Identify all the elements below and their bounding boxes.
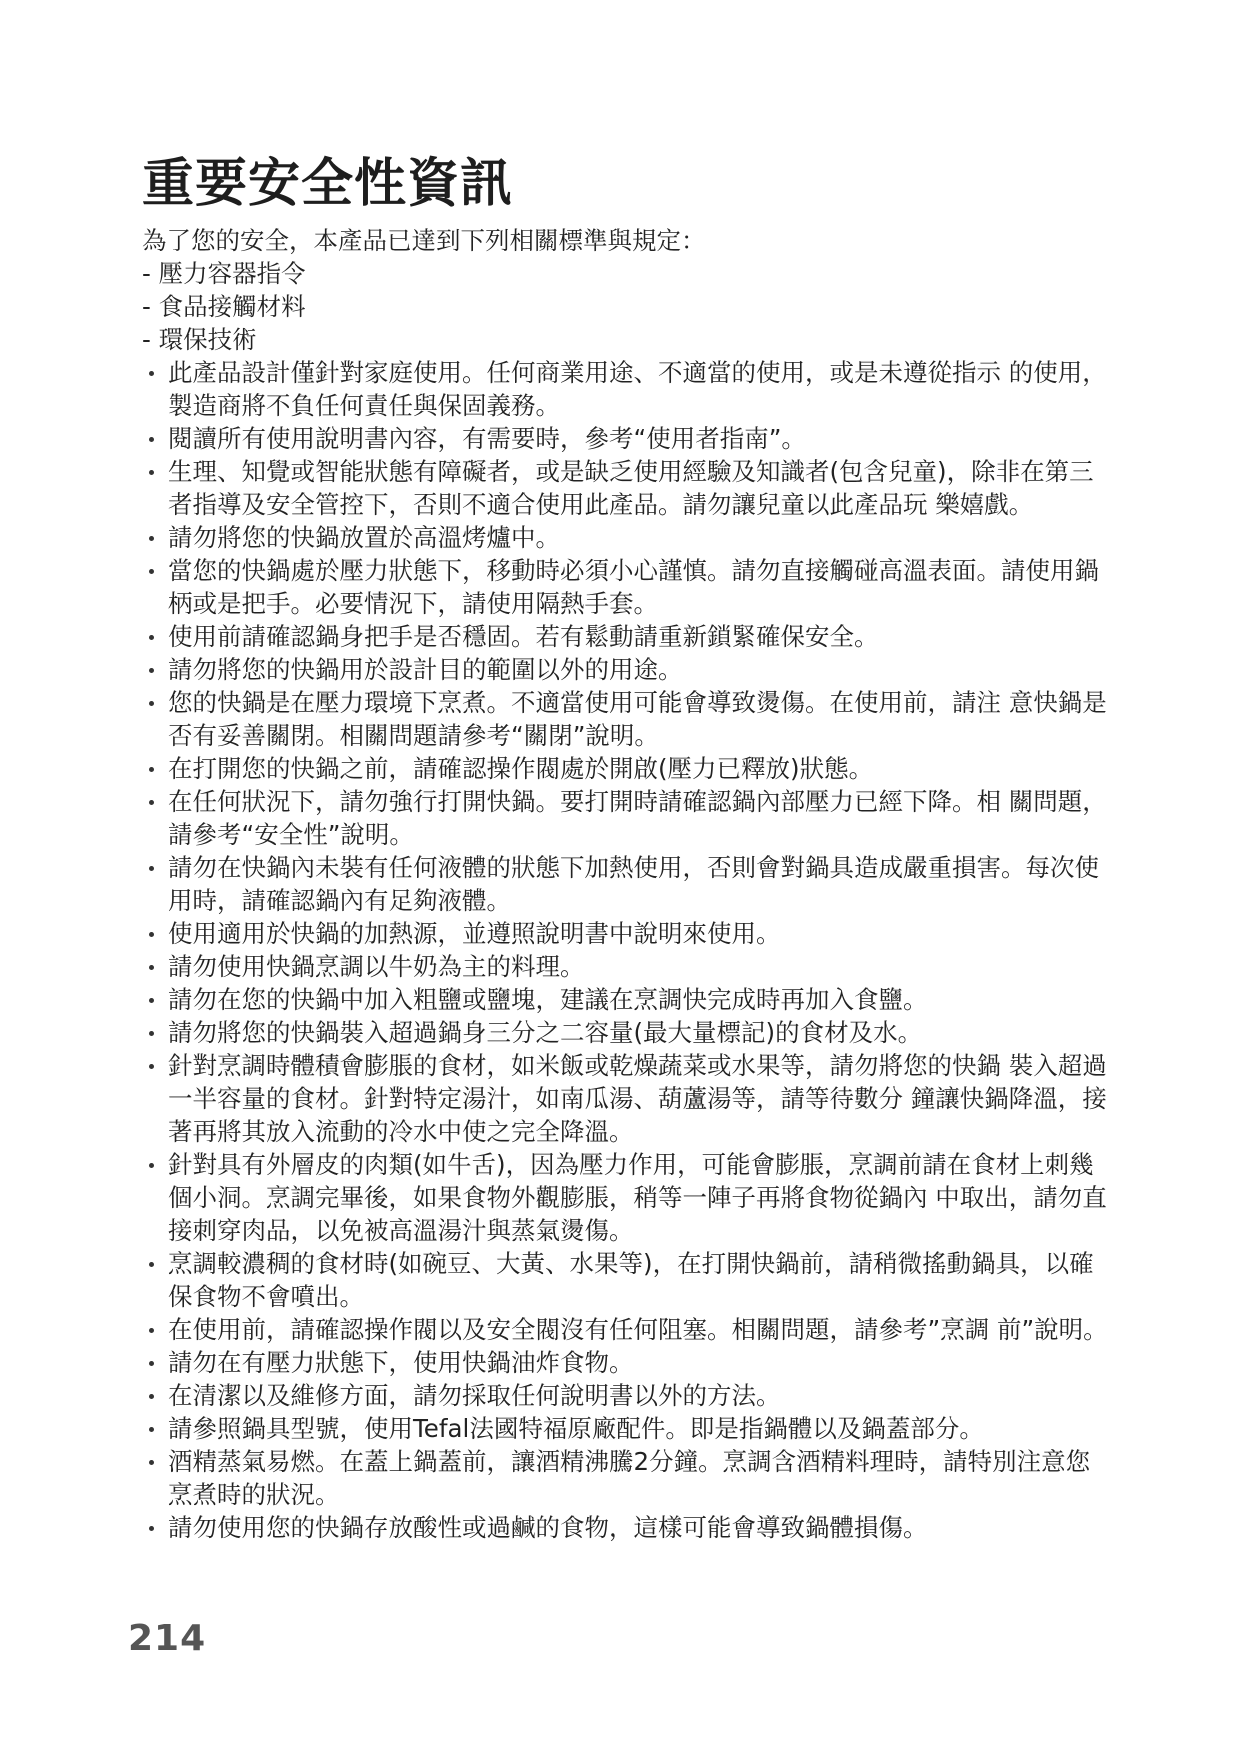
safety-bullet: 請勿在快鍋內未裝有任何液體的狀態下加熱使用，否則會對鍋具造成嚴重損害。每次使用時… [142,851,1112,917]
safety-bullet: 請勿在有壓力狀態下，使用快鍋油炸食物。 [142,1346,1112,1379]
bullet-dot-icon [149,1262,154,1267]
safety-bullet: 使用前請確認鍋身把手是否穩固。若有鬆動請重新鎖緊確保安全。 [142,620,1112,653]
bullet-dot-icon [149,701,154,706]
bullet-dot-icon [149,866,154,871]
safety-bullet: 針對烹調時體積會膨脹的食材，如米飯或乾燥蔬菜或水果等，請勿將您的快鍋 裝入超過一… [142,1049,1112,1148]
bullet-dot-icon [149,1361,154,1366]
bullet-dot-icon [149,1460,154,1465]
safety-bullet: 酒精蒸氣易燃。在蓋上鍋蓋前，讓酒精沸騰2分鐘。烹調含酒精料理時，請特別注意您烹煮… [142,1445,1112,1511]
bullet-dot-icon [149,932,154,937]
safety-bullet: 針對具有外層皮的肉類(如牛舌)，因為壓力作用，可能會膨脹，烹調前請在食材上刺幾個… [142,1148,1112,1247]
bullet-dot-icon [149,1031,154,1036]
safety-bullet: 請勿在您的快鍋中加入粗鹽或鹽塊，建議在烹調快完成時再加入食鹽。 [142,983,1112,1016]
bullet-dot-icon [149,437,154,442]
safety-bullet: 閱讀所有使用說明書內容，有需要時，參考“使用者指南”。 [142,422,1112,455]
safety-bullet: 生理、知覺或智能狀態有障礙者，或是缺乏使用經驗及知識者(包含兒童)，除非在第三者… [142,455,1112,521]
safety-bullet: 在任何狀況下，請勿強行打開快鍋。要打開時請確認鍋內部壓力已經下降。相 關問題，請… [142,785,1112,851]
bullet-dot-icon [149,965,154,970]
page-number: 214 [128,1618,206,1659]
bullet-dot-icon [149,767,154,772]
bullet-dot-icon [149,668,154,673]
safety-bullet: 在清潔以及維修方面，請勿採取任何說明書以外的方法。 [142,1379,1112,1412]
bullet-dot-icon [149,470,154,475]
standard-item: - 環保技術 [142,323,1112,356]
bullet-dot-icon [149,569,154,574]
safety-bullet: 請勿將您的快鍋用於設計目的範圍以外的用途。 [142,653,1112,686]
standard-item: - 壓力容器指令 [142,257,1112,290]
manual-page: 重要安全性資訊 為了您的安全，本產品已達到下列相關標準與規定： - 壓力容器指令… [0,0,1241,1754]
bullet-dot-icon [149,1064,154,1069]
bullet-dot-icon [149,536,154,541]
standard-item: - 食品接觸材料 [142,290,1112,323]
safety-bullet: 請勿使用您的快鍋存放酸性或過鹹的食物，這樣可能會導致鍋體損傷。 [142,1511,1112,1544]
bullet-dot-icon [149,635,154,640]
safety-bullet: 當您的快鍋處於壓力狀態下，移動時必須小心謹慎。請勿直接觸碰高溫表面。請使用鍋柄或… [142,554,1112,620]
safety-bullet: 在打開您的快鍋之前，請確認操作閥處於開啟(壓力已釋放)狀態。 [142,752,1112,785]
safety-bullet: 請勿使用快鍋烹調以牛奶為主的料理。 [142,950,1112,983]
bullet-dot-icon [149,371,154,376]
bullet-dot-icon [149,998,154,1003]
safety-bullet: 請勿將您的快鍋放置於高溫烤爐中。 [142,521,1112,554]
safety-bullet: 您的快鍋是在壓力環境下烹煮。不適當使用可能會導致燙傷。在使用前，請注 意快鍋是否… [142,686,1112,752]
safety-bullet: 請參照鍋具型號，使用Tefal法國特福原廠配件。即是指鍋體以及鍋蓋部分。 [142,1412,1112,1445]
safety-bullet-list: 此產品設計僅針對家庭使用。任何商業用途、不適當的使用，或是未遵從指示 的使用，製… [142,356,1112,1544]
safety-bullet: 在使用前，請確認操作閥以及安全閥沒有任何阻塞。相關問題，請參考”烹調 前”說明。 [142,1313,1112,1346]
bullet-dot-icon [149,1427,154,1432]
safety-bullet: 請勿將您的快鍋裝入超過鍋身三分之二容量(最大量標記)的食材及水。 [142,1016,1112,1049]
bullet-dot-icon [149,1328,154,1333]
safety-content: 為了您的安全，本產品已達到下列相關標準與規定： - 壓力容器指令 - 食品接觸材… [142,224,1112,1544]
intro-text: 為了您的安全，本產品已達到下列相關標準與規定： [142,224,1112,257]
safety-bullet: 烹調較濃稠的食材時(如碗豆、大黃、水果等)，在打開快鍋前，請稍微搖動鍋具，以確保… [142,1247,1112,1313]
bullet-dot-icon [149,1394,154,1399]
safety-bullet: 使用適用於快鍋的加熱源，並遵照說明書中說明來使用。 [142,917,1112,950]
bullet-dot-icon [149,1163,154,1168]
page-title: 重要安全性資訊 [142,152,513,216]
safety-bullet: 此產品設計僅針對家庭使用。任何商業用途、不適當的使用，或是未遵從指示 的使用，製… [142,356,1112,422]
bullet-dot-icon [149,800,154,805]
bullet-dot-icon [149,1526,154,1531]
